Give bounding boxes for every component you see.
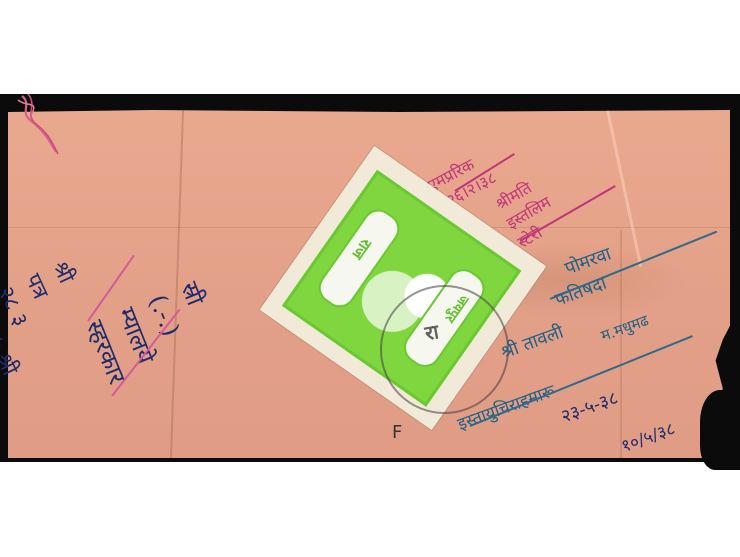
torn-corner xyxy=(700,390,740,470)
pencil-mark: F xyxy=(392,422,402,443)
pink-thread-icon xyxy=(12,94,62,158)
envelope-fold xyxy=(620,230,622,458)
envelope-fold xyxy=(170,110,184,458)
postmark-circle xyxy=(380,285,509,414)
